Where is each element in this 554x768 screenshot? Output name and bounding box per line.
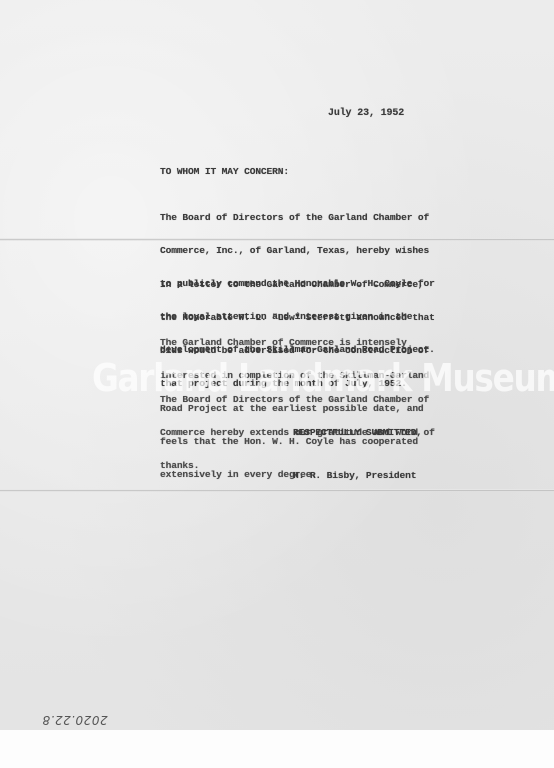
- text-line: Commerce, Inc., of Garland, Texas, hereb…: [160, 245, 435, 256]
- scan-background: [0, 730, 554, 768]
- letter-closing: RESPECTFULLY SUBMITTED,: [293, 427, 422, 438]
- letter-paper: July 23, 1952 TO WHOM IT MAY CONCERN: Th…: [0, 0, 554, 730]
- accession-number: 2020.22.8: [42, 713, 108, 727]
- text-line: The Board of Directors of the Garland Ch…: [160, 212, 435, 223]
- text-line: In a letter to the Garland Chamber of Co…: [160, 279, 435, 290]
- text-line: The Garland Chamber of Commerce is inten…: [160, 337, 429, 348]
- text-line: The Board of Directors of the Garland Ch…: [160, 394, 435, 405]
- letter-salutation: TO WHOM IT MAY CONCERN:: [160, 166, 289, 177]
- letter-date: July 23, 1952: [328, 108, 404, 119]
- letter-signature: H. R. Bisby, President: [293, 470, 416, 481]
